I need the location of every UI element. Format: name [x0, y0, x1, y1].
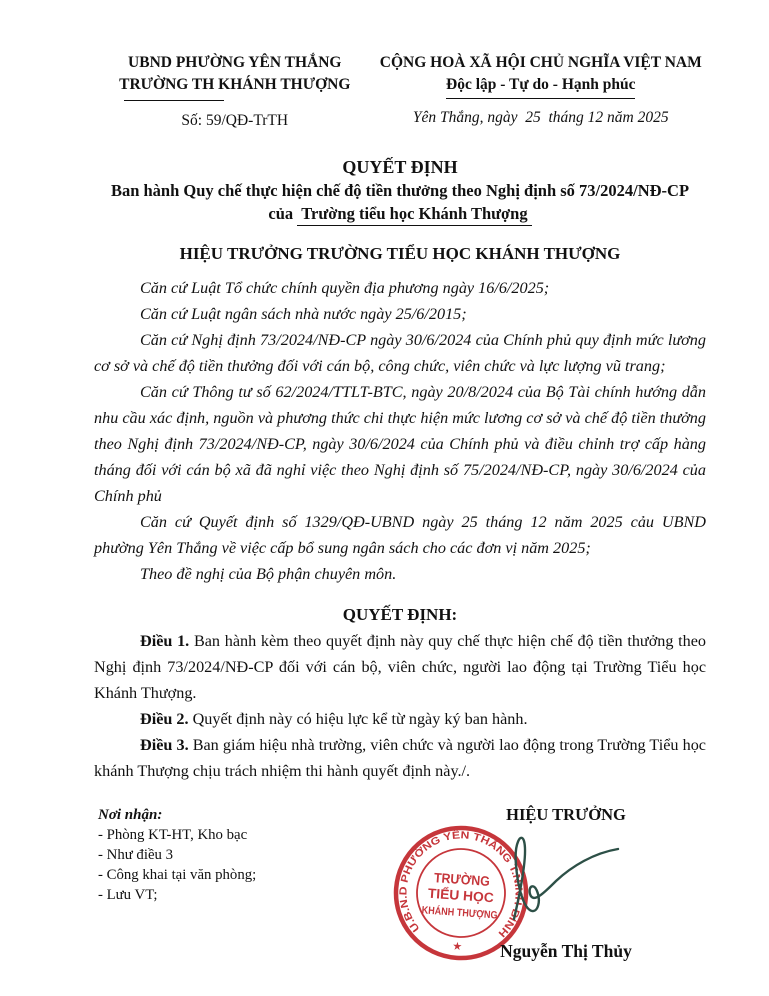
issuing-authority-heading: HIỆU TRƯỞNG TRƯỜNG TIỂU HỌC KHÁNH THƯỢNG	[94, 242, 706, 266]
articles-section: Điều 1. Ban hành kèm theo quyết định này…	[94, 628, 706, 784]
article-2: Điều 2. Quyết định này có hiệu lực kể từ…	[94, 706, 706, 732]
document-header: UBND PHƯỜNG YÊN THẮNG TRƯỜNG TH KHÁNH TH…	[94, 52, 706, 130]
signer-title: HIỆU TRƯỞNG	[446, 805, 686, 825]
document-content: UBND PHƯỜNG YÊN THẮNG TRƯỜNG TH KHÁNH TH…	[94, 52, 706, 983]
document-page: UBND PHƯỜNG YÊN THẮNG TRƯỜNG TH KHÁNH TH…	[0, 0, 769, 996]
article-2-label: Điều 2.	[140, 710, 189, 728]
document-subtitle-line1: Ban hành Quy chế thực hiện chế độ tiền t…	[94, 179, 706, 202]
document-subtitle-line2: của Trường tiểu học Khánh Thượng	[94, 202, 706, 225]
subtitle-school-name: Trường tiểu học Khánh Thượng	[297, 204, 531, 226]
article-3: Điều 3. Ban giám hiệu nhà trường, viên c…	[94, 732, 706, 784]
recipient-item: - Công khai tại văn phòng;	[98, 865, 256, 885]
preamble-paragraph: Theo đề nghị của Bộ phận chuyên môn.	[94, 561, 706, 587]
header-national-block: CỘNG HOÀ XÃ HỘI CHỦ NGHĨA VIỆT NAM Độc l…	[376, 52, 706, 130]
national-title: CỘNG HOÀ XÃ HỘI CHỦ NGHĨA VIỆT NAM	[376, 52, 706, 74]
article-3-label: Điều 3.	[140, 736, 189, 754]
article-1: Điều 1. Ban hành kèm theo quyết định này…	[94, 628, 706, 706]
recipient-item: - Như điều 3	[98, 845, 256, 865]
decision-heading: QUYẾT ĐỊNH:	[94, 602, 706, 628]
preamble-paragraph: Căn cứ Quyết định số 1329/QĐ-UBND ngày 2…	[94, 509, 706, 561]
header-issuer-block: UBND PHƯỜNG YÊN THẮNG TRƯỜNG TH KHÁNH TH…	[94, 52, 376, 130]
document-number: Số: 59/QĐ-TrTH	[94, 112, 376, 130]
issuer-school-name: TRƯỜNG TH KHÁNH THƯỢNG	[94, 74, 376, 96]
signature-block: HIỆU TRƯỞNG	[446, 805, 686, 825]
signer-name: Nguyễn Thị Thủy	[446, 941, 686, 962]
recipients-label: Nơi nhận:	[98, 805, 256, 825]
subtitle-prefix: của	[268, 204, 293, 223]
preamble-paragraph: Căn cứ Nghị định 73/2024/NĐ-CP ngày 30/6…	[94, 327, 706, 379]
recipient-item: - Phòng KT-HT, Kho bạc	[98, 825, 256, 845]
preamble-paragraph: Căn cứ Luật Tổ chức chính quyền địa phươ…	[94, 275, 706, 301]
national-motto-row: Độc lập - Tự do - Hạnh phúc	[376, 74, 706, 99]
place-date-line: Yên Thắng, ngày 25 tháng 12 năm 2025	[376, 109, 706, 127]
issuer-parent-org: UBND PHƯỜNG YÊN THẮNG	[94, 52, 376, 74]
signature-image	[484, 831, 624, 926]
title-block: QUYẾT ĐỊNH Ban hành Quy chế thực hiện ch…	[94, 155, 706, 266]
article-1-label: Điều 1.	[140, 632, 189, 650]
recipients-block: Nơi nhận: - Phòng KT-HT, Kho bạc - Như đ…	[98, 805, 256, 905]
document-footer: Nơi nhận: - Phòng KT-HT, Kho bạc - Như đ…	[94, 805, 706, 983]
preamble-section: Căn cứ Luật Tổ chức chính quyền địa phươ…	[94, 275, 706, 587]
preamble-paragraph: Căn cứ Luật ngân sách nhà nước ngày 25/6…	[94, 301, 706, 327]
article-2-text: Quyết định này có hiệu lực kể từ ngày ký…	[193, 710, 528, 728]
recipient-item: - Lưu VT;	[98, 885, 256, 905]
preamble-paragraph: Căn cứ Thông tư số 62/2024/TTLT-BTC, ngà…	[94, 379, 706, 509]
document-type-heading: QUYẾT ĐỊNH	[94, 155, 706, 179]
issuer-separator-rule	[124, 100, 224, 101]
national-motto: Độc lập - Tự do - Hạnh phúc	[446, 74, 635, 99]
